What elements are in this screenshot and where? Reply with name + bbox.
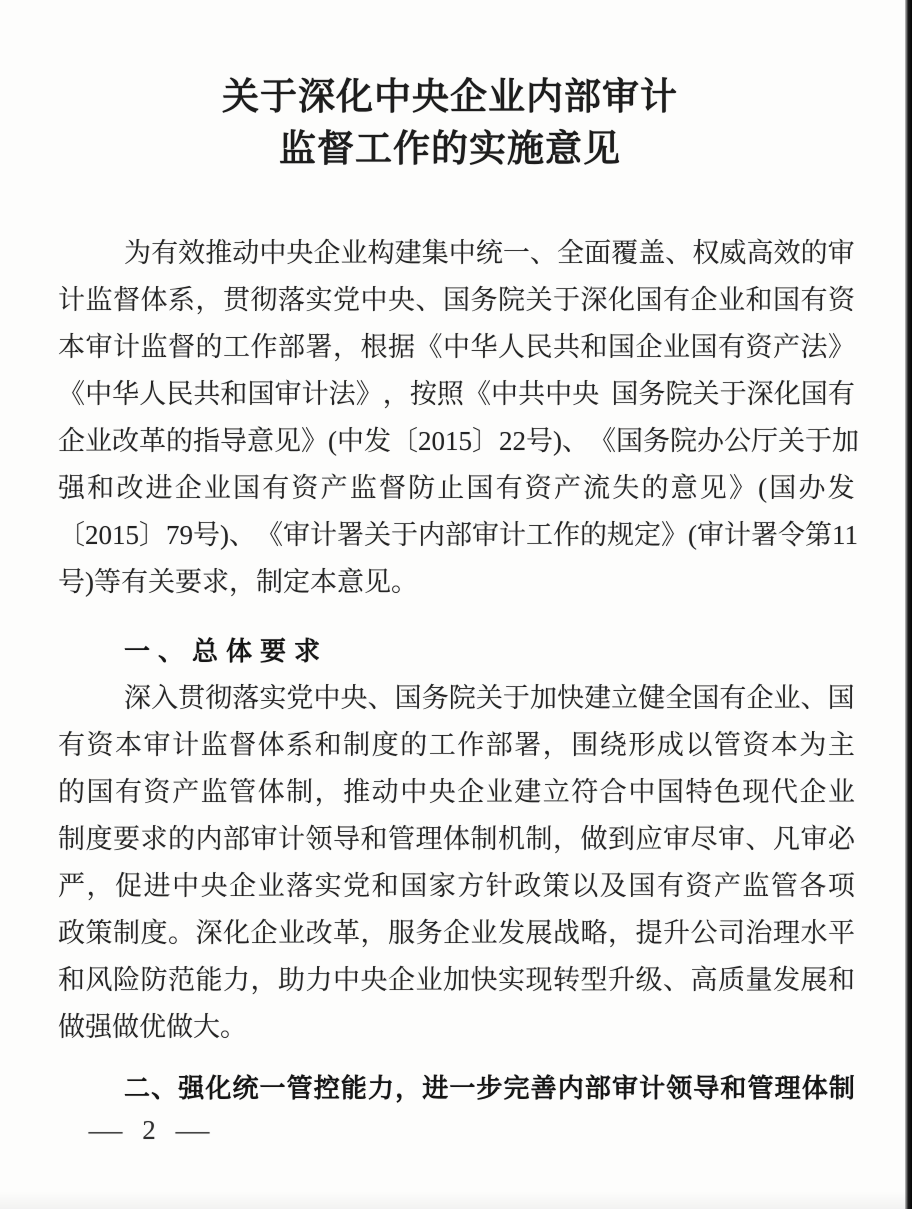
footer-left-dash: — — [89, 1108, 123, 1152]
scan-edge-bar — [905, 0, 912, 1209]
paragraph: 为有效推动中央企业构建集中统一、全面覆盖、权威高效的审计监督体系，贯彻落实党中央… — [58, 230, 855, 606]
text-line: 做强做优做大。 — [58, 1004, 855, 1051]
footer-right-dash: — — [176, 1108, 210, 1152]
text-line: 有资本审计监督体系和制度的工作部署，围绕形成以管资本为主 — [58, 722, 855, 769]
text-line: 〔2015〕79号)、《审计署关于内部审计工作的规定》(审计署令第11 — [58, 512, 855, 559]
section-heading-1: 一、总体要求 — [58, 628, 855, 675]
text-line: 严，促进中央企业落实党和国家方针政策以及国有资产监管各项 — [58, 863, 855, 910]
text-line: 号)等有关要求，制定本意见。 — [58, 559, 855, 606]
text-line: 政策制度。深化企业改革，服务企业发展战略，提升公司治理水平 — [58, 910, 855, 957]
document-title-line-1: 关于深化中央企业内部审计 — [0, 72, 900, 124]
scanned-document-page: 关于深化中央企业内部审计 监督工作的实施意见 为有效推动中央企业构建集中统一、全… — [0, 0, 912, 1209]
text-line: 制度要求的内部审计领导和管理体制机制，做到应审尽审、凡审必 — [58, 816, 855, 863]
section-heading-2: 二、强化统一管控能力，进一步完善内部审计领导和管理体制 — [58, 1065, 855, 1112]
page-footer: — 2 — — [92, 1108, 206, 1152]
text-line: 计监督体系，贯彻落实党中央、国务院关于深化国有企业和国有资 — [58, 277, 855, 324]
text-line: 一、总体要求 — [58, 628, 855, 675]
text-line: 为有效推动中央企业构建集中统一、全面覆盖、权威高效的审 — [58, 230, 855, 277]
text-line: 深入贯彻落实党中央、国务院关于加快建立健全国有企业、国 — [58, 675, 855, 722]
document-title-line-2: 监督工作的实施意见 — [0, 124, 900, 176]
text-line: 《中华人民共和国审计法》，按照《中共中央国务院关于深化国有 — [58, 371, 855, 418]
text-line: 的国有资产监管体制，推动中央企业建立符合中国特色现代企业 — [58, 769, 855, 816]
text-line: 二、强化统一管控能力，进一步完善内部审计领导和管理体制 — [58, 1065, 855, 1112]
text-line: 和风险防范能力，助力中央企业加快实现转型升级、高质量发展和 — [58, 957, 855, 1004]
document-body: 为有效推动中央企业构建集中统一、全面覆盖、权威高效的审计监督体系，贯彻落实党中央… — [58, 230, 855, 1112]
paragraph: 深入贯彻落实党中央、国务院关于加快建立健全国有企业、国有资本审计监督体系和制度的… — [58, 675, 855, 1051]
text-line: 企业改革的指导意见》(中发〔2015〕22号)、《国务院办公厅关于加 — [58, 418, 855, 465]
text-line: 强和改进企业国有资产监督防止国有资产流失的意见》(国办发 — [58, 465, 855, 512]
text-line: 本审计监督的工作部署，根据《中华人民共和国企业国有资产法》 — [58, 324, 855, 371]
document-title: 关于深化中央企业内部审计 监督工作的实施意见 — [0, 72, 900, 176]
page-number: 2 — [142, 1108, 156, 1152]
